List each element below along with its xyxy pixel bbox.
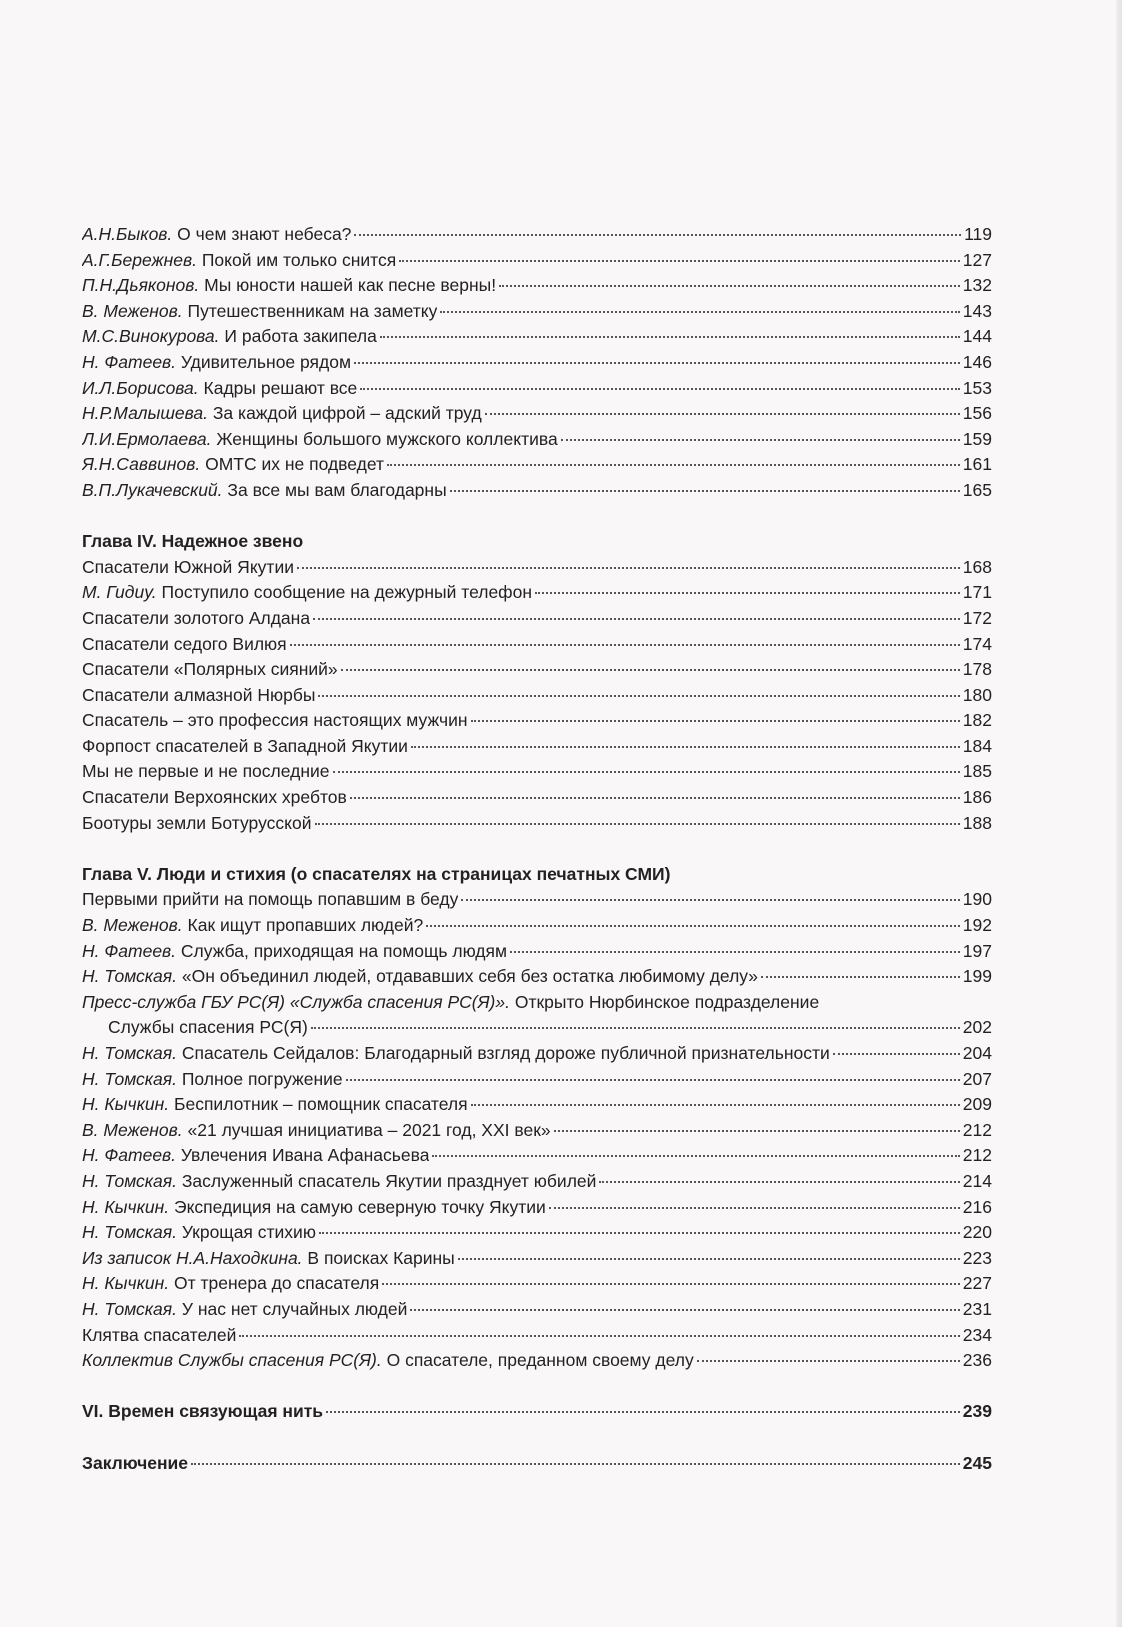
leader-dots [387, 464, 960, 466]
leader-dots [382, 1283, 960, 1285]
toc-entry-wrapped-line1[interactable]: Пресс-служба ГБУ РС(Я) «Служба спасения … [82, 990, 992, 1016]
leader-dots [191, 1463, 960, 1465]
leader-dots [354, 362, 960, 364]
entry-page-number: 165 [963, 478, 992, 504]
leader-dots [510, 951, 960, 953]
entry-title-text: О чем знают небеса? [177, 224, 351, 244]
toc-entry[interactable]: Спасатели Южной Якутии168 [82, 555, 992, 581]
leader-dots [761, 976, 960, 978]
entry-page-number: 119 [964, 222, 992, 248]
leader-dots [315, 823, 960, 825]
entry-title-text: Заслуженный спасатель Якутии празднует ю… [182, 1171, 597, 1191]
entry-page-number: 212 [963, 1143, 992, 1169]
entry-page-number: 239 [963, 1399, 992, 1425]
toc-entry[interactable]: Н. Томская. Укрощая стихию220 [82, 1220, 992, 1246]
entry-title: Н. Кычкин. Беспилотник – помощник спасат… [82, 1092, 468, 1118]
entry-title-text: Боотуры земли Ботурусской [82, 813, 312, 833]
entry-author: А.Н.Быков. [82, 224, 172, 244]
leader-dots [313, 618, 960, 620]
toc-entry[interactable]: Боотуры земли Ботурусской188 [82, 811, 992, 837]
entry-title: А.Г.Бережнев. Покой им только снится [82, 248, 396, 274]
entry-title-text: Экспедиция на самую северную точку Якути… [174, 1197, 546, 1217]
entry-author: М. Гидиу. [82, 582, 157, 602]
entry-title-text: Спасатель Сейдалов: Благодарный взгляд д… [182, 1043, 830, 1063]
entry-page-number: 209 [963, 1092, 992, 1118]
leader-dots [319, 1232, 960, 1234]
entry-title: В. Меженов. «21 лучшая инициатива – 2021… [82, 1118, 551, 1144]
entry-page-number: 223 [963, 1246, 992, 1272]
entry-author: Н. Фатеев. [82, 1145, 176, 1165]
leader-dots [354, 234, 961, 236]
entry-page-number: 214 [963, 1169, 992, 1195]
entry-title: Форпост спасателей в Западной Якутии [82, 734, 408, 760]
entry-author: В. Меженов. [82, 915, 183, 935]
entry-page-number: 174 [963, 632, 992, 658]
entry-page-number: 171 [963, 580, 992, 606]
entry-title: Коллектив Службы спасения РС(Я). О спаса… [82, 1348, 694, 1374]
toc-entry[interactable]: Спасатель – это профессия настоящих мужч… [82, 708, 992, 734]
entry-title: И.Л.Борисова. Кадры решают все [82, 376, 357, 402]
leader-dots [440, 311, 959, 313]
entry-title: Н. Томская. «Он объединил людей, отдавав… [82, 964, 758, 990]
toc-entry[interactable]: Мы не первые и не последние185 [82, 759, 992, 785]
leader-dots [561, 439, 960, 441]
entry-author: Пресс-служба ГБУ РС(Я) «Служба спасения … [82, 992, 510, 1012]
entry-title-text: Удивительное рядом [181, 352, 351, 372]
entry-page-number: 204 [963, 1041, 992, 1067]
entry-author: Л.И.Ермолаева. [82, 429, 211, 449]
entry-title: Спасатель – это профессия настоящих мужч… [82, 708, 468, 734]
entry-author: М.С.Винокурова. [82, 326, 220, 346]
toc-entry[interactable]: М. Гидиу. Поступило сообщение на дежурны… [82, 580, 992, 606]
toc-entry[interactable]: В. Меженов. «21 лучшая инициатива – 2021… [82, 1118, 992, 1144]
entry-author: В. Меженов. [82, 1120, 183, 1140]
entry-title-text: Форпост спасателей в Западной Якутии [82, 736, 408, 756]
entry-page-number: 245 [963, 1451, 992, 1477]
entry-page-number: 236 [963, 1348, 992, 1374]
entry-title: В. Меженов. Как ищут пропавших людей? [82, 913, 423, 939]
leader-dots [450, 490, 960, 492]
leader-dots [346, 1079, 960, 1081]
entry-page-number: 227 [963, 1271, 992, 1297]
entry-title-text: Спасатели золотого Алдана [82, 608, 310, 628]
leader-dots [485, 413, 960, 415]
toc-entry[interactable]: А.Н.Быков. О чем знают небеса?119 [82, 222, 992, 248]
toc-entry[interactable]: Н. Кычкин. Экспедиция на самую северную … [82, 1195, 992, 1221]
entry-page-number: 161 [963, 452, 992, 478]
entry-title: Спасатели «Полярных сияний» [82, 657, 338, 683]
entry-page-number: 156 [963, 401, 992, 427]
leader-dots [318, 695, 959, 697]
entry-page-number: 231 [963, 1297, 992, 1323]
entry-title: Н. Фатеев. Увлечения Ивана Афанасьева [82, 1143, 429, 1169]
entry-author: Н. Кычкин. [82, 1197, 169, 1217]
leader-dots [380, 336, 960, 338]
section-3-continued: А.Н.Быков. О чем знают небеса?119А.Г.Бер… [82, 222, 992, 504]
toc-entry[interactable]: Н. Томская. «Он объединил людей, отдавав… [82, 964, 992, 990]
leader-dots [399, 260, 960, 262]
entry-page-number: 182 [963, 708, 992, 734]
entry-author: Из записок Н.А.Находкина. [82, 1248, 303, 1268]
entry-title: Из записок Н.А.Находкина. В поисках Кари… [82, 1246, 455, 1272]
entry-author: Я.Н.Саввинов. [82, 454, 200, 474]
leader-dots [326, 1411, 960, 1413]
page-edge [1116, 0, 1122, 1627]
leader-dots [411, 746, 960, 748]
entry-title: Л.И.Ермолаева. Женщины большого мужского… [82, 427, 558, 453]
entry-title: Клятва спасателей [82, 1323, 236, 1349]
entry-page-number: 146 [963, 350, 992, 376]
entry-title-text: О спасателе, преданном своему делу [387, 1350, 694, 1370]
chapter-5-entries-b: Н. Томская. Спасатель Сейдалов: Благодар… [82, 1041, 992, 1374]
entry-title: Н. Фатеев. Удивительное рядом [82, 350, 351, 376]
toc-entry[interactable]: Коллектив Службы спасения РС(Я). О спаса… [82, 1348, 992, 1374]
toc-entry[interactable]: Спасатели «Полярных сияний»178 [82, 657, 992, 683]
entry-author: Н. Томская. [82, 1299, 177, 1319]
entry-title-text: «21 лучшая инициатива – 2021 год, XXI ве… [188, 1120, 551, 1140]
entry-title: Н. Кычкин. Экспедиция на самую северную … [82, 1195, 546, 1221]
toc-entry[interactable]: Л.И.Ермолаева. Женщины большого мужского… [82, 427, 992, 453]
entry-title: В.П.Лукачевский. За все мы вам благодарн… [82, 478, 447, 504]
toc-entry[interactable]: Н. Томская. Полное погружение207 [82, 1067, 992, 1093]
toc-entry[interactable]: В. Меженов. Путешественникам на заметку1… [82, 299, 992, 325]
leader-dots [697, 1360, 960, 1362]
entry-title-text: Спасатель – это профессия настоящих мужч… [82, 710, 468, 730]
entry-title-text: У нас нет случайных людей [182, 1299, 408, 1319]
entry-title: Н.Р.Малышева. За каждой цифрой – адский … [82, 401, 482, 427]
entry-page-number: 143 [963, 299, 992, 325]
entry-author: Н. Томская. [82, 1171, 177, 1191]
entry-title-text: Мы юности нашей как песне верны! [204, 275, 496, 295]
entry-page-number: 185 [963, 759, 992, 785]
toc-entry[interactable]: Н. Кычкин. Беспилотник – помощник спасат… [82, 1092, 992, 1118]
toc-entry[interactable]: Спасатели золотого Алдана172 [82, 606, 992, 632]
entry-author: В.П.Лукачевский. [82, 480, 223, 500]
entry-title-text: Клятва спасателей [82, 1325, 236, 1345]
entry-page-number: 216 [963, 1195, 992, 1221]
chapter-4-heading: Глава IV. Надежное звено [82, 529, 992, 555]
leader-dots [333, 771, 960, 773]
entry-author: Н. Томская. [82, 966, 177, 986]
toc-entry[interactable]: Н. Томская. Спасатель Сейдалов: Благодар… [82, 1041, 992, 1067]
entry-title: Н. Кычкин. От тренера до спасателя [82, 1271, 379, 1297]
entry-title: Службы спасения РС(Я) [82, 1015, 308, 1041]
entry-title: В. Меженов. Путешественникам на заметку [82, 299, 437, 325]
leader-dots [311, 1027, 960, 1029]
leader-dots [471, 1104, 960, 1106]
entry-title: Н. Томская. Заслуженный спасатель Якутии… [82, 1169, 596, 1195]
toc-entry[interactable]: В. Меженов. Как ищут пропавших людей?192 [82, 913, 992, 939]
entry-author: Н. Томская. [82, 1222, 177, 1242]
entry-title: VI. Времен связующая нить [82, 1399, 323, 1425]
entry-title-text: Полное погружение [182, 1069, 343, 1089]
leader-dots [535, 592, 960, 594]
entry-title-text: Укрощая стихию [182, 1222, 316, 1242]
leader-dots [458, 1258, 960, 1260]
entry-title: Н. Томская. Полное погружение [82, 1067, 343, 1093]
entry-title-text: Спасатели седого Вилюя [82, 634, 287, 654]
entry-author: В. Меженов. [82, 301, 183, 321]
toc-entry[interactable]: Спасатели седого Вилюя174 [82, 632, 992, 658]
toc-entry[interactable]: Н.Р.Малышева. За каждой цифрой – адский … [82, 401, 992, 427]
entry-title: Н. Томская. Спасатель Сейдалов: Благодар… [82, 1041, 830, 1067]
toc-entry[interactable]: Я.Н.Саввинов. ОМТС их не подведет161 [82, 452, 992, 478]
toc-entry[interactable]: Н. Фатеев. Удивительное рядом146 [82, 350, 992, 376]
entry-title-text: Увлечения Ивана Афанасьева [181, 1145, 430, 1165]
entry-author: Коллектив Службы спасения РС(Я). [82, 1350, 382, 1370]
entry-page-number: 190 [963, 887, 992, 913]
entry-page-number: 202 [963, 1015, 992, 1041]
entry-title-text: Служба, приходящая на помощь людям [181, 941, 507, 961]
leader-dots [426, 925, 960, 927]
toc-entry-chapter-6[interactable]: VI. Времен связующая нить 239 [82, 1399, 992, 1425]
chapter-4-entries: Спасатели Южной Якутии168М. Гидиу. Посту… [82, 555, 992, 837]
toc-entry[interactable]: М.С.Винокурова. И работа закипела144 [82, 324, 992, 350]
entry-title: Я.Н.Саввинов. ОМТС их не подведет [82, 452, 384, 478]
entry-page-number: 184 [963, 734, 992, 760]
entry-title-text: Путешественникам на заметку [188, 301, 438, 321]
entry-title: Н. Томская. У нас нет случайных людей [82, 1297, 407, 1323]
entry-page-number: 168 [963, 555, 992, 581]
toc-entry-conclusion[interactable]: Заключение 245 [82, 1451, 992, 1477]
entry-page-number: 159 [963, 427, 992, 453]
entry-title-text: От тренера до спасателя [174, 1273, 379, 1293]
entry-author: П.Н.Дьяконов. [82, 275, 199, 295]
toc-entry[interactable]: Н. Томская. У нас нет случайных людей231 [82, 1297, 992, 1323]
entry-page-number: 199 [963, 964, 992, 990]
entry-page-number: 178 [963, 657, 992, 683]
leader-dots [360, 388, 960, 390]
entry-page-number: 172 [963, 606, 992, 632]
entry-title-text: За все мы вам благодарны [227, 480, 446, 500]
entry-page-number: 144 [963, 324, 992, 350]
leader-dots [290, 644, 960, 646]
entry-title: Спасатели Верхоянских хребтов [82, 785, 347, 811]
leader-dots [471, 720, 960, 722]
entry-title-text: Спасатели Верхоянских хребтов [82, 787, 347, 807]
entry-title: Мы не первые и не последние [82, 759, 330, 785]
entry-title-text: И работа закипела [224, 326, 376, 346]
entry-author: А.Г.Бережнев. [82, 250, 197, 270]
toc-entry[interactable]: Н. Фатеев. Увлечения Ивана Афанасьева212 [82, 1143, 992, 1169]
entry-title: Н. Томская. Укрощая стихию [82, 1220, 316, 1246]
entry-page-number: 188 [963, 811, 992, 837]
entry-title: Спасатели Южной Якутии [82, 555, 294, 581]
entry-page-number: 132 [963, 273, 992, 299]
entry-title: Спасатели седого Вилюя [82, 632, 287, 658]
toc-entry[interactable]: Форпост спасателей в Западной Якутии184 [82, 734, 992, 760]
entry-title-text: Мы не первые и не последние [82, 761, 330, 781]
toc-entry-wrapped-line2[interactable]: Службы спасения РС(Я) 202 [82, 1015, 992, 1041]
entry-page-number: 127 [963, 248, 992, 274]
chapter-5-heading: Глава V. Люди и стихия (о спасателях на … [82, 862, 992, 888]
entry-author: Н. Томская. [82, 1069, 177, 1089]
entry-title: Спасатели алмазной Нюрбы [82, 683, 315, 709]
toc-entry[interactable]: Первыми прийти на помощь попавшим в беду… [82, 887, 992, 913]
entry-title-text: Спасатели Южной Якутии [82, 557, 294, 577]
leader-dots [297, 567, 960, 569]
entry-title-text: Поступило сообщение на дежурный телефон [162, 582, 532, 602]
leader-dots [554, 1130, 960, 1132]
toc-entry[interactable]: В.П.Лукачевский. За все мы вам благодарн… [82, 478, 992, 504]
entry-author: Н.Р.Малышева. [82, 403, 208, 423]
entry-page-number: 197 [963, 939, 992, 965]
entry-title: Открыто Нюрбинское подразделение [515, 992, 819, 1012]
entry-title: Первыми прийти на помощь попавшим в беду [82, 887, 458, 913]
entry-page-number: 186 [963, 785, 992, 811]
entry-page-number: 234 [963, 1323, 992, 1349]
toc-entry[interactable]: Н. Томская. Заслуженный спасатель Якутии… [82, 1169, 992, 1195]
toc-entry[interactable]: И.Л.Борисова. Кадры решают все153 [82, 376, 992, 402]
entry-title-text: Первыми прийти на помощь попавшим в беду [82, 889, 458, 909]
entry-title-text: Женщины большого мужского коллектива [216, 429, 557, 449]
entry-page-number: 180 [963, 683, 992, 709]
toc-entry[interactable]: Спасатели Верхоянских хребтов186 [82, 785, 992, 811]
entry-title: Н. Фатеев. Служба, приходящая на помощь … [82, 939, 507, 965]
entry-author: Н. Томская. [82, 1043, 177, 1063]
entry-author: Н. Фатеев. [82, 941, 176, 961]
entry-title-text: Как ищут пропавших людей? [188, 915, 424, 935]
entry-title-text: Кадры решают все [204, 378, 358, 398]
entry-page-number: 153 [963, 376, 992, 402]
leader-dots [432, 1155, 959, 1157]
toc-entry[interactable]: Спасатели алмазной Нюрбы180 [82, 683, 992, 709]
chapter-5-entries-a: Первыми прийти на помощь попавшим в беду… [82, 887, 992, 989]
entry-title-text: Спасатели «Полярных сияний» [82, 659, 338, 679]
entry-author: И.Л.Борисова. [82, 378, 199, 398]
entry-page-number: 207 [963, 1067, 992, 1093]
entry-title: А.Н.Быков. О чем знают небеса? [82, 222, 351, 248]
leader-dots [499, 285, 960, 287]
toc-entry[interactable]: Н. Кычкин. От тренера до спасателя227 [82, 1271, 992, 1297]
toc-entry[interactable]: А.Г.Бережнев. Покой им только снится127 [82, 248, 992, 274]
entry-title-text: Спасатели алмазной Нюрбы [82, 685, 315, 705]
entry-title-text: За каждой цифрой – адский труд [213, 403, 482, 423]
toc-entry[interactable]: П.Н.Дьяконов. Мы юности нашей как песне … [82, 273, 992, 299]
entry-title: Спасатели золотого Алдана [82, 606, 310, 632]
entry-author: Н. Кычкин. [82, 1273, 169, 1293]
entry-title-text: «Он объединил людей, отдававших себя без… [182, 966, 758, 986]
leader-dots [341, 669, 960, 671]
entry-title: Боотуры земли Ботурусской [82, 811, 312, 837]
entry-page-number: 192 [963, 913, 992, 939]
entry-title: М. Гидиу. Поступило сообщение на дежурны… [82, 580, 532, 606]
toc-entry[interactable]: Клятва спасателей234 [82, 1323, 992, 1349]
entry-title-text: Покой им только снится [202, 250, 396, 270]
leader-dots [410, 1309, 959, 1311]
entry-title: П.Н.Дьяконов. Мы юности нашей как песне … [82, 273, 496, 299]
toc-entry[interactable]: Из записок Н.А.Находкина. В поисках Кари… [82, 1246, 992, 1272]
entry-title-text: В поисках Карины [307, 1248, 454, 1268]
leader-dots [350, 797, 960, 799]
entry-title: Заключение [82, 1451, 188, 1477]
entry-title-text: Беспилотник – помощник спасателя [174, 1094, 468, 1114]
entry-author: Н. Кычкин. [82, 1094, 169, 1114]
leader-dots [549, 1207, 960, 1209]
entry-page-number: 212 [963, 1118, 992, 1144]
entry-title: М.С.Винокурова. И работа закипела [82, 324, 377, 350]
table-of-contents: А.Н.Быков. О чем знают небеса?119А.Г.Бер… [82, 222, 992, 1476]
entry-page-number: 220 [963, 1220, 992, 1246]
leader-dots [599, 1181, 959, 1183]
entry-author: Н. Фатеев. [82, 352, 176, 372]
toc-entry[interactable]: Н. Фатеев. Служба, приходящая на помощь … [82, 939, 992, 965]
leader-dots [239, 1335, 959, 1337]
entry-title-text: ОМТС их не подведет [205, 454, 384, 474]
leader-dots [461, 899, 959, 901]
leader-dots [833, 1053, 960, 1055]
